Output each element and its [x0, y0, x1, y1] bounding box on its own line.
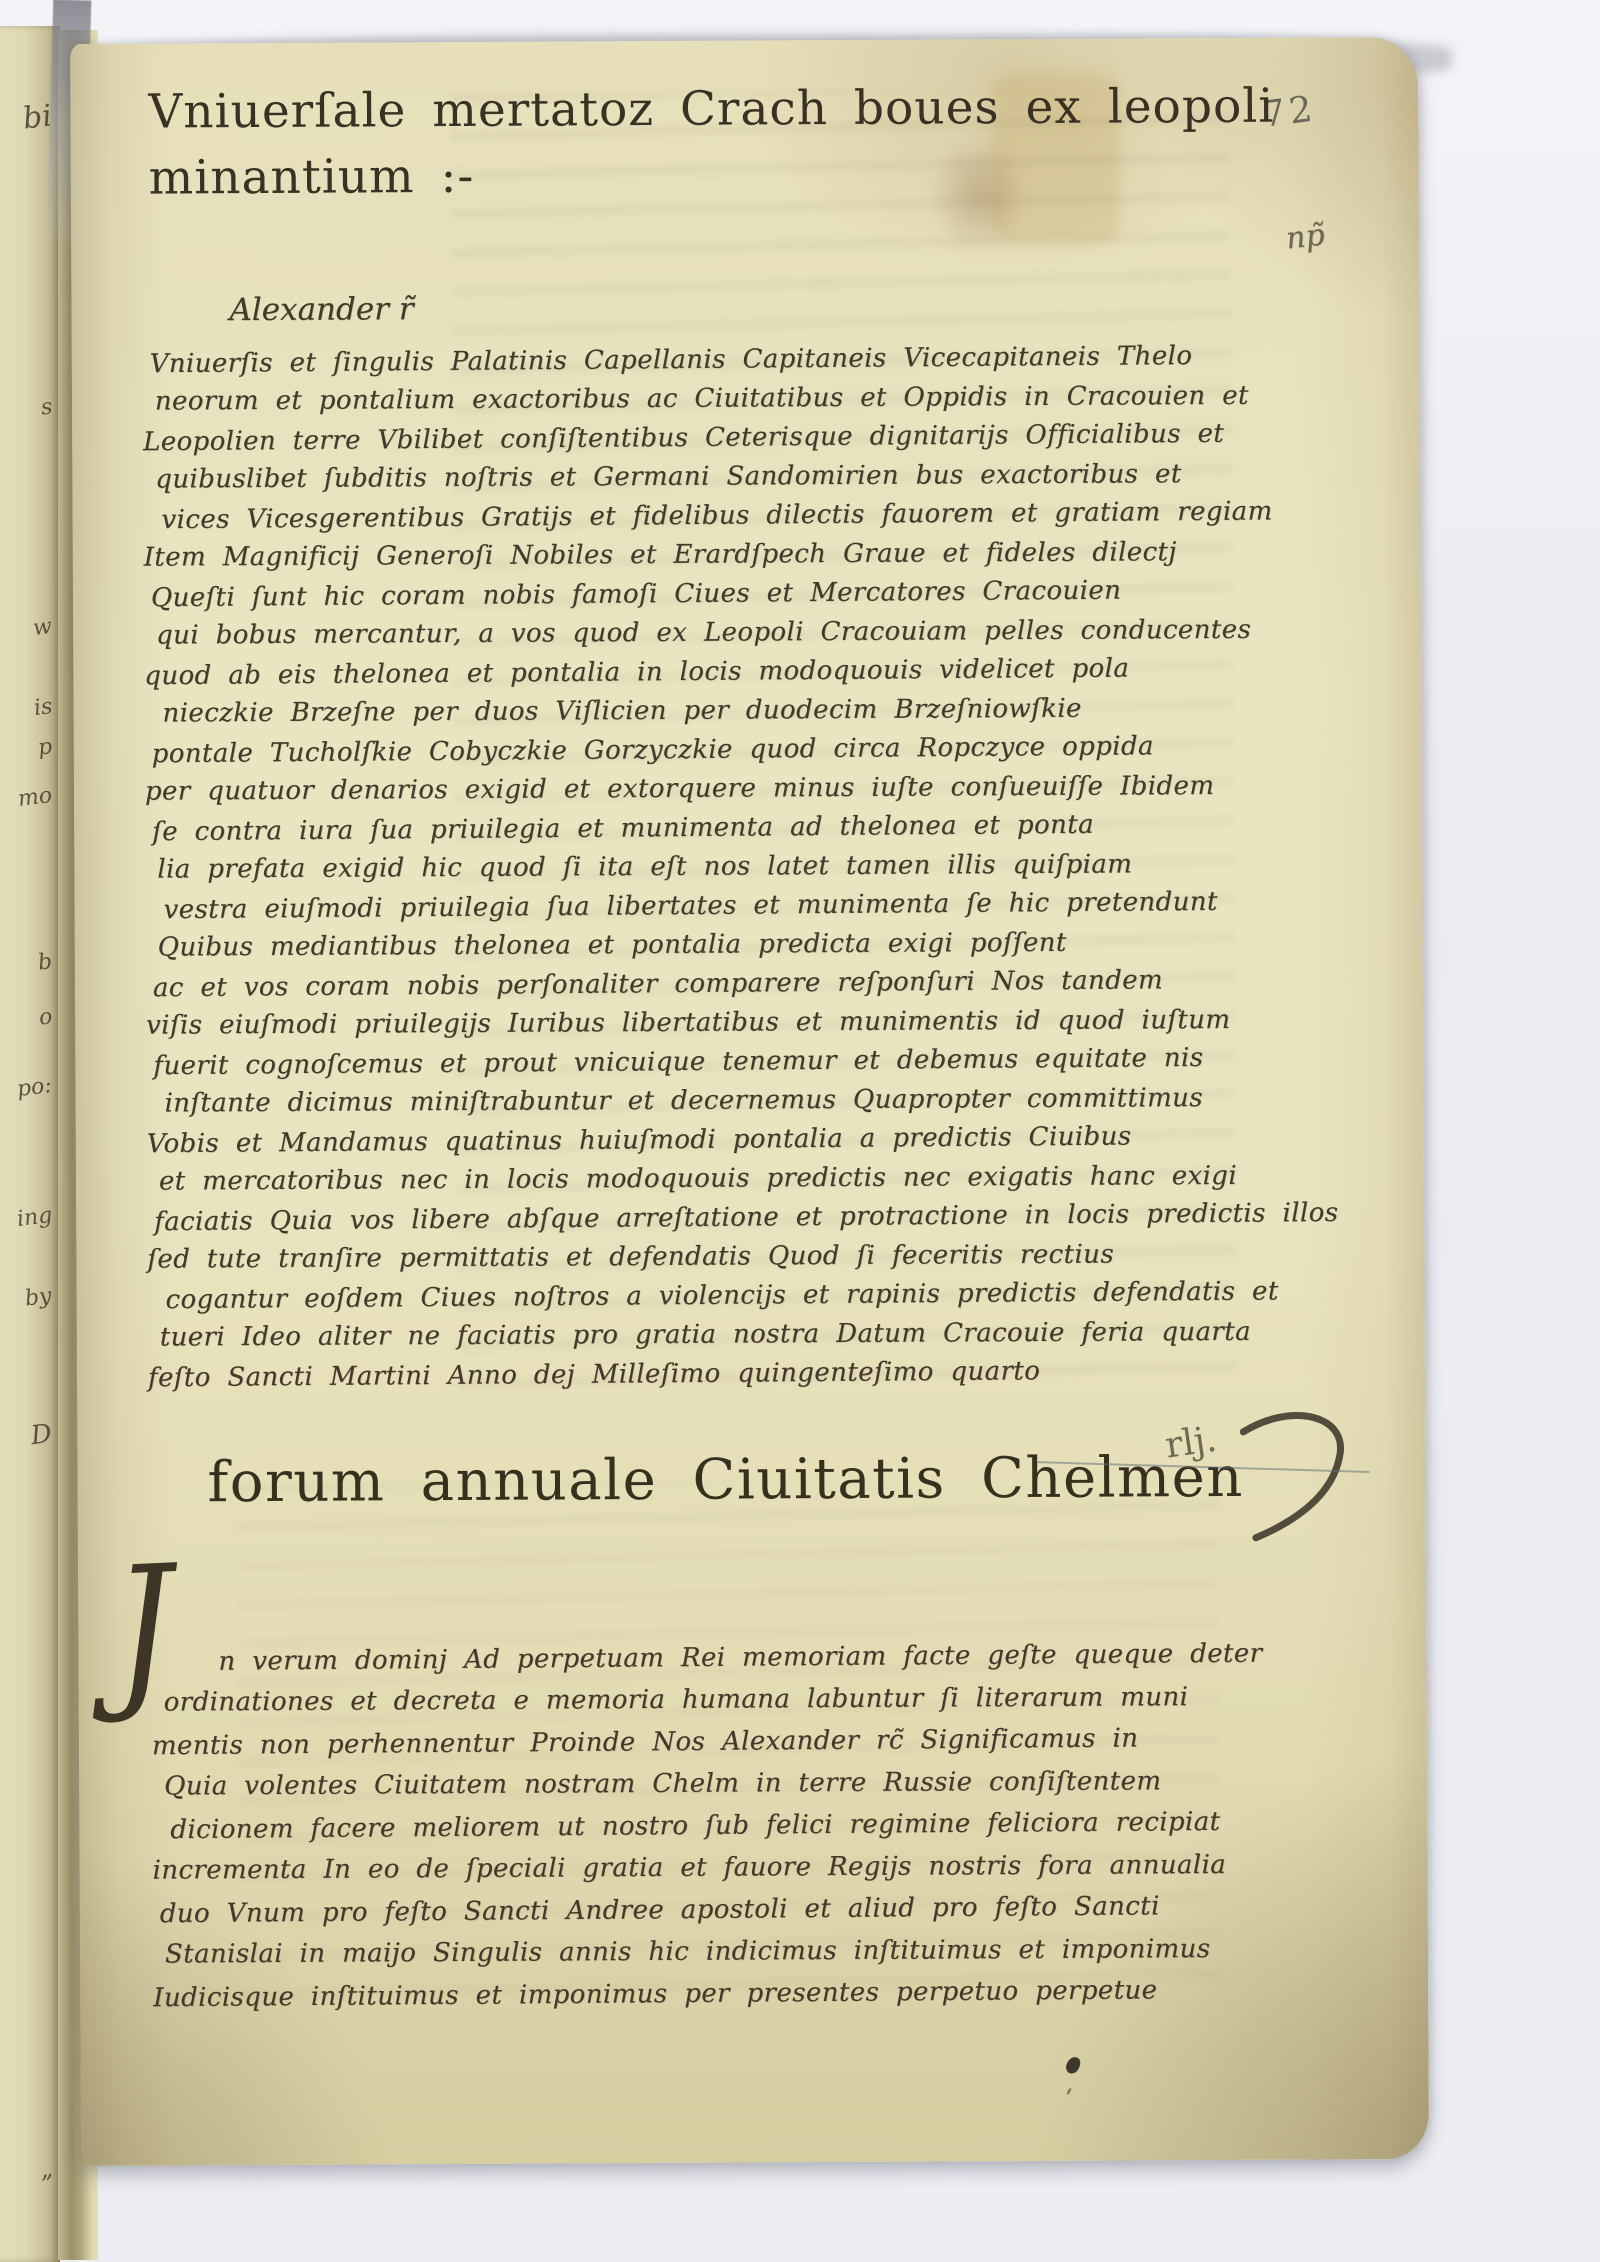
ink-fragment: is	[32, 694, 53, 721]
manuscript-line: feſto Sancti Martini Anno dej Milleſimo …	[148, 1349, 1395, 1398]
ink-fragment: w	[32, 614, 54, 641]
ink-fragment: mo	[16, 783, 53, 812]
ink-fragment: ing	[15, 1203, 53, 1232]
title-line-2: minantium :-	[149, 139, 1329, 211]
ink-blot	[1064, 2055, 1082, 2075]
title-line-1: Vniuerſale mertatoz Crach boues ex leopo…	[148, 73, 1328, 145]
salutation: Alexander r̃	[229, 291, 413, 328]
ink-fragment: „	[38, 2154, 54, 2183]
record-title: Vniuerſale mertatoz Crach boues ex leopo…	[148, 73, 1329, 211]
record-entry-2: n verum dominj Ad perpetuam Rei memoriam…	[158, 1633, 1400, 2017]
heading2-text: forum annuale Ciuitatis Chelmen	[207, 1445, 1244, 1515]
ink-fragment: po:	[16, 1073, 54, 1102]
ink-fragment: o	[37, 1004, 53, 1030]
manuscript-photo: biswispmobopo:ingbyD„ 72 np̃ Vniuerſale …	[0, 0, 1600, 2262]
notarial-mark: np̃	[1284, 218, 1326, 257]
facing-page-sliver: biswispmobopo:ingbyD„	[0, 26, 60, 2262]
ink-fragment: by	[24, 1283, 53, 1311]
ink-fragment: b	[36, 949, 53, 976]
ink-fragment: p	[36, 734, 53, 761]
manuscript-line: Iudicisque inſtituimus et imponimus per …	[153, 1967, 1400, 2019]
manuscript-page: 72 np̃ Vniuerſale mertatoz Crach boues e…	[70, 37, 1429, 2166]
heading-swash	[1238, 1405, 1359, 1546]
ink-fragment: s	[39, 394, 53, 420]
record-entry-1: Vniuerſis et ſingulis Palatinis Capellan…	[150, 337, 1395, 1396]
ink-fragment: D	[29, 1419, 53, 1451]
margin-note: rlj.	[1163, 1419, 1220, 1467]
